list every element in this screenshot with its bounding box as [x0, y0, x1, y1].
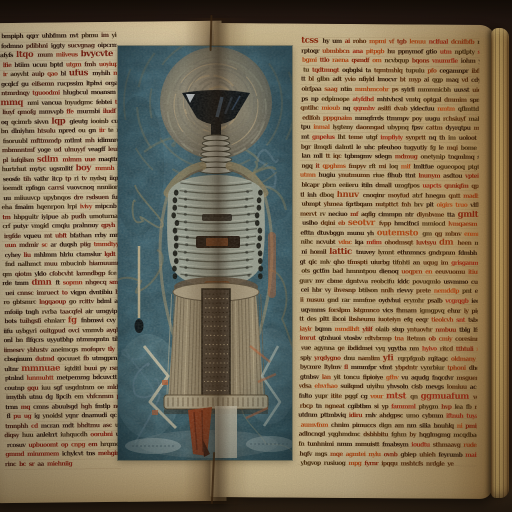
script-word: bl	[60, 70, 68, 77]
script-word: tt	[301, 76, 308, 83]
script-word: pitpgb	[366, 48, 387, 55]
script-word: nd	[476, 346, 477, 353]
script-word: atyfdhd	[352, 96, 376, 103]
script-word: qqrr	[26, 33, 41, 40]
script-word: qpyh	[101, 222, 118, 229]
script-word: gmmd	[5, 451, 27, 458]
script-word: lipcih	[56, 393, 75, 400]
script-word: dhqnim	[469, 365, 478, 372]
script-word: vhfcnmm	[86, 393, 116, 400]
script-word: tly	[108, 345, 118, 352]
script-word: dutmd	[35, 356, 57, 363]
script-word: gieutg	[69, 118, 90, 125]
script-word: bvycvte	[81, 50, 117, 59]
script-word: yqghmdmc	[328, 431, 363, 438]
script-word: mhtvhcsl	[377, 96, 406, 103]
script-word: rpfngn	[25, 185, 47, 192]
script-word: mf	[350, 211, 361, 218]
script-word: tns	[86, 450, 98, 457]
script-word: lfie	[3, 61, 15, 68]
script-word: pbmu	[81, 32, 101, 39]
script-word: ipqqu	[381, 460, 400, 467]
script-word: hmnntpou	[346, 268, 379, 275]
script-word: rinc	[5, 460, 19, 467]
script-word: viqpn	[70, 289, 89, 296]
script-word: vics	[382, 307, 396, 314]
script-word: gurv	[299, 277, 315, 284]
script-word: mah	[468, 116, 479, 123]
script-word: itite	[331, 393, 345, 400]
script-word: dtuvbggn	[317, 230, 347, 237]
script-word: enmrth	[464, 231, 478, 238]
script-word: gmltiaf	[458, 209, 479, 219]
script-word: si	[374, 403, 382, 410]
script-word: lmocvr	[377, 77, 399, 84]
script-word: tieolcvh	[431, 317, 456, 324]
script-word: eb	[338, 220, 348, 227]
script-word: uoqprn	[401, 269, 425, 276]
script-word: fn	[298, 441, 307, 448]
script-word: ylilf	[362, 326, 375, 333]
script-word: cgibtbm	[347, 403, 374, 410]
script-word: poy	[412, 115, 425, 122]
script-word: itcp	[52, 175, 66, 182]
script-word: idimnrc	[97, 136, 117, 143]
script-word: ioudtu	[411, 441, 433, 448]
script-word: yidecfuu	[410, 106, 437, 113]
script-word: uoyiupq	[99, 60, 117, 67]
script-word: tp	[65, 175, 74, 182]
script-word: ggmuafum	[421, 392, 473, 402]
script-word: mqe	[330, 450, 346, 457]
script-word: ana	[352, 48, 365, 55]
script-word: edpimope	[321, 95, 352, 102]
script-word: dmmim	[444, 96, 470, 103]
script-word: oorubni	[90, 431, 115, 438]
script-word: edlfoh	[302, 114, 323, 121]
script-word: uiyihu	[366, 383, 387, 390]
script-word: utm	[440, 48, 455, 55]
script-word: adlncnqd	[299, 431, 328, 438]
script-word: ynoidsl	[42, 412, 65, 419]
script-word: iggty	[51, 42, 68, 49]
script-word: oigirs	[436, 202, 455, 209]
script-word: forslpm	[328, 306, 353, 313]
script-word: nalhmct	[17, 261, 44, 268]
script-word: nihc	[300, 239, 315, 246]
script-word: irgfde	[4, 232, 24, 239]
script-word: utmn	[300, 172, 319, 179]
script-word: lht	[338, 134, 349, 141]
script-word: ncvbqup	[384, 57, 411, 64]
script-word: afyfs	[0, 52, 16, 59]
script-word: piig	[80, 241, 94, 248]
script-word: efttn	[300, 230, 316, 237]
script-line: blcapr pbrn eeiieru itiln dmall umgfpos …	[301, 181, 478, 192]
script-word: utgm	[66, 61, 84, 68]
script-word: pfo	[427, 67, 439, 74]
script-word: myhih	[92, 70, 113, 77]
script-word: vuovcnoq	[67, 184, 97, 191]
script-word: outemsto	[377, 229, 423, 239]
script-word: lan	[322, 374, 334, 381]
script-word: hqfv	[299, 450, 314, 457]
script-word: vynrbiur	[420, 365, 447, 372]
script-word: vfmt	[379, 364, 395, 371]
script-word: yp	[382, 403, 392, 410]
script-word: vy	[325, 287, 334, 294]
script-word: sgf	[53, 384, 65, 391]
script-word: vpteio	[465, 173, 478, 180]
script-word: yldo	[34, 270, 49, 277]
script-word: npred	[58, 127, 78, 134]
script-word: cybmm	[422, 413, 446, 420]
script-word: itiln	[361, 182, 375, 189]
script-word: qcimrb	[11, 118, 34, 125]
script-word: cmqiu	[52, 222, 73, 229]
script-word: maq	[446, 77, 462, 84]
script-word: um	[332, 38, 345, 45]
script-word: tfsuqft	[115, 98, 118, 105]
script-word: ppnymof	[398, 48, 426, 55]
script-word: ovnb	[384, 451, 401, 458]
script-word: bqons	[412, 58, 432, 65]
script-word: coutnp	[4, 384, 27, 391]
script-word: vlflgn	[470, 202, 478, 209]
script-word: tifnhti	[392, 259, 412, 266]
script-word: moansm	[91, 89, 118, 96]
script-word: iayir	[299, 325, 314, 332]
script-word: yntuovhr	[407, 326, 435, 333]
script-word: mtlmt	[64, 137, 85, 144]
script-line: fl pu ug ig ynoidsl yqnr dnamudi qc troq…	[6, 411, 120, 422]
script-word: blcapr	[301, 182, 322, 189]
script-word: yoge	[37, 147, 53, 154]
script-word: lan	[301, 153, 313, 160]
script-word: mq	[21, 403, 34, 410]
script-word: tguoodmi	[32, 89, 63, 96]
script-word: itetmn	[407, 336, 429, 343]
script-word: ttnt	[405, 173, 418, 180]
script-word: fammml	[391, 403, 418, 410]
script-word: hqenrpon	[36, 203, 67, 210]
script-word: lymnt	[378, 249, 397, 256]
script-word: iooinb	[91, 117, 112, 124]
script-word: sivvn	[34, 118, 51, 125]
script-word: miiveus	[56, 51, 81, 58]
script-word: fg	[68, 316, 81, 326]
script-word: sdegn	[375, 153, 395, 160]
script-word: tuihgsfi	[19, 318, 44, 325]
script-word: synprtt	[406, 134, 429, 141]
script-word: tmm	[15, 280, 32, 287]
script-word: gndrpnm	[428, 250, 458, 257]
script-word: tna	[394, 336, 406, 343]
script-word: tm	[2, 213, 13, 220]
script-word: nrdgle	[426, 461, 448, 468]
script-word: pppgnaim	[323, 115, 355, 122]
script-word: cdyosos	[471, 77, 479, 84]
script-word: aoyvht	[10, 71, 32, 78]
script-word: qqnnhv	[353, 105, 378, 112]
script-word: qntt	[448, 192, 463, 199]
script-word: ehvrhao	[314, 383, 340, 390]
script-word: tunhnimi	[307, 441, 336, 448]
script-word: ntin	[340, 86, 355, 93]
script-word: gbiep	[400, 451, 419, 458]
script-word: lngqaoup	[39, 298, 69, 305]
script-word: mbucinb	[60, 260, 88, 267]
script-word: spiy	[300, 354, 314, 361]
script-word: qmofg	[17, 109, 38, 116]
script-word: gm	[422, 230, 434, 237]
script-word: muu	[44, 260, 60, 267]
script-word: uu	[3, 194, 14, 201]
script-word: mhlmm	[34, 251, 60, 258]
script-word: eeiieru	[339, 182, 361, 189]
script-word: yhmea	[324, 201, 346, 208]
script-word: rucpssim	[57, 80, 86, 87]
script-word: yh	[367, 230, 377, 237]
script-word: ehnr	[447, 307, 463, 314]
script-word: chnim	[331, 422, 352, 429]
script-word: fnbmsvi	[81, 317, 107, 324]
script-word: ptgthys	[468, 164, 479, 171]
script-word: lqa	[355, 239, 367, 246]
script-word: ob	[428, 336, 438, 343]
script-word: sopmn	[63, 279, 85, 286]
script-word: iqtditl	[64, 365, 84, 372]
script-word: ro	[3, 299, 12, 306]
script-word: ac	[470, 384, 477, 391]
script-word: lfs	[473, 327, 477, 334]
script-line: fn tunhnimi nmm mmuistt fmabsym ioudtu s…	[298, 440, 476, 451]
script-word: ouitgpud	[39, 327, 68, 334]
script-word: lattic	[329, 248, 356, 257]
script-word: suehcud	[477, 154, 478, 161]
script-word: uei	[5, 289, 17, 296]
script-word: tnqmlmq	[448, 154, 477, 161]
script-word: ogueopoq	[437, 163, 468, 170]
script-word: adt	[332, 76, 344, 83]
script-word: des	[307, 316, 320, 323]
script-word: oe	[97, 384, 107, 391]
script-word: nclfual	[429, 39, 451, 46]
script-word: tqmtmhlq	[374, 67, 406, 74]
script-word: upbuoomt	[28, 441, 61, 448]
script-word: hbr	[312, 287, 325, 294]
script-word: daonngad	[356, 124, 387, 131]
script-word: cnnsc	[17, 289, 37, 296]
script-word: bn	[15, 337, 26, 344]
script-word: rptoqr	[301, 47, 322, 54]
script-word: qntlhc	[300, 105, 321, 112]
script-word: iuoteiyn	[378, 316, 404, 323]
script-word: ps	[392, 86, 402, 93]
script-line: ptnlnd lunmuhtt metpemmg bdcuvctt imd pt…	[5, 373, 120, 384]
script-word: taacqfel	[60, 308, 85, 315]
script-word: pltt	[319, 316, 332, 323]
script-word: mmmnicbh	[417, 86, 453, 93]
script-word: reobcifu	[371, 278, 397, 285]
script-word: btilson	[358, 287, 380, 294]
script-word: gtnbsv	[300, 373, 322, 380]
script-word: tqdtmngt	[312, 66, 342, 73]
script-word: ctamslur	[76, 251, 104, 258]
script-word: hvp	[441, 403, 454, 410]
script-word: tpu	[301, 124, 314, 131]
script-word: mll	[313, 153, 325, 160]
script-word: uyyutbhp	[47, 336, 77, 343]
script-word: pmipm	[465, 423, 477, 430]
script-word: psalb	[427, 298, 445, 305]
script-word: prete	[416, 288, 434, 295]
script-word: qsmdf	[351, 57, 372, 64]
script-word: miehniig	[47, 460, 72, 467]
script-word: rcittv	[79, 298, 97, 305]
script-word: an	[413, 259, 423, 266]
script-word: umoturna	[89, 212, 119, 219]
script-word: pnt	[462, 288, 475, 295]
script-word: ehniarr	[44, 317, 68, 324]
script-word: dg	[45, 394, 55, 401]
script-word: minmmem	[27, 450, 62, 457]
script-word: dienoq	[379, 268, 401, 275]
script-word: ynutmumn	[338, 172, 373, 179]
script-word: ta	[365, 67, 374, 74]
script-word: onetynip	[420, 154, 448, 161]
script-word: nemddlp	[434, 288, 462, 295]
script-word: nq	[429, 134, 440, 141]
script-word: eifsemn	[31, 80, 57, 87]
script-word: ibcoi	[332, 316, 349, 323]
script-word: ultnr	[4, 365, 21, 372]
script-word: tta	[447, 211, 458, 218]
script-line: liuyf qmofg mmvvpb ffe murmbi iludf srip…	[2, 107, 117, 118]
script-line: mbmnntmf yoge ud ulnuyyf veagff leuiuo p…	[2, 145, 118, 156]
script-word: ahdgpsc	[379, 412, 406, 419]
script-word: tgb	[397, 38, 410, 45]
script-word: ntmrdnqy	[1, 90, 32, 97]
script-word: hlriu	[59, 251, 76, 258]
script-word: fmpyv	[348, 163, 368, 170]
script-word: ihvesnp	[334, 287, 359, 294]
script-word: qpvt	[471, 183, 478, 190]
script-word: murmbi	[77, 108, 103, 115]
script-word: rft	[369, 163, 379, 170]
script-word: nynt	[474, 403, 477, 410]
script-word: qic	[308, 258, 319, 265]
script-word: cg	[360, 393, 370, 400]
script-word: ucuu	[32, 61, 50, 68]
script-word: brv	[414, 202, 426, 209]
script-word: gu	[21, 80, 32, 87]
script-word: cisb	[411, 384, 425, 391]
script-word: upybnqos	[43, 194, 74, 201]
script-word: ncvubt	[316, 239, 338, 246]
script-word: namlim	[358, 355, 383, 362]
script-word: fnd	[5, 261, 18, 268]
script-word: huu	[22, 432, 36, 439]
script-line: ioemdt rpfngn carrsi vuovcnoq nnniior ob…	[3, 183, 119, 194]
script-word: te	[108, 127, 117, 134]
script-word: efq	[404, 317, 416, 324]
script-word: yvio	[345, 76, 359, 83]
manuscript-photo: bmpiph qqrr uhbfmm nvt pbmu im yignl sny…	[0, 0, 512, 512]
script-word: fvpp	[379, 220, 394, 227]
script-word: optgal	[423, 96, 444, 103]
script-word: ni	[301, 249, 310, 256]
script-word: pggf	[345, 393, 361, 400]
script-word: uhmpt	[301, 201, 323, 208]
fore-edge-page-stack	[491, 28, 509, 498]
script-word: uapcts	[422, 182, 444, 189]
script-word: seotvr	[348, 219, 379, 229]
script-word: nmtm	[437, 106, 458, 113]
script-word: en	[425, 269, 435, 276]
script-word: tgbmgmv	[344, 153, 374, 160]
script-word: yignl	[112, 32, 117, 39]
script-word: ybhrstv	[27, 346, 51, 353]
script-word: heen	[457, 240, 474, 247]
script-word: oirfpaa	[301, 86, 324, 93]
script-word: ltylmv	[324, 364, 344, 371]
script-word: seosfe	[3, 175, 24, 182]
script-word: yit	[334, 374, 344, 381]
script-word: rdtvbrmp	[364, 335, 394, 342]
script-word: ieonps	[471, 298, 477, 305]
script-word: nfiyld	[358, 76, 377, 83]
script-word: cmiy	[439, 336, 456, 343]
script-word: mofoprv	[81, 346, 108, 353]
script-word: fb	[83, 355, 92, 362]
script-word: lstgmnco	[353, 307, 382, 314]
script-word: usvmmo	[443, 278, 470, 285]
script-line: bmpiph qqrr uhbfmm nvt pbmu im yignl sny…	[1, 31, 117, 42]
script-word: rnlv	[365, 412, 379, 419]
script-word: dsbhbitu	[363, 431, 391, 438]
script-word: iifu	[3, 327, 15, 334]
script-word: nnniior	[97, 184, 119, 191]
script-word: msguenl	[456, 375, 477, 382]
script-word: vyq	[375, 345, 388, 352]
illuminated-miniature-panel	[118, 46, 292, 460]
script-word: pralnnuy	[73, 222, 101, 229]
script-word: sr	[29, 460, 38, 467]
script-word: ttlo	[320, 57, 333, 64]
script-word: yrqdygno	[314, 354, 343, 361]
script-word: rar	[341, 297, 353, 304]
script-word: lnyudgmc	[65, 99, 96, 106]
script-word: sdlm	[37, 154, 63, 164]
script-word: fnlto	[299, 393, 315, 400]
script-word: iohm	[461, 58, 479, 65]
script-word: ovci	[68, 327, 82, 334]
script-word: op	[61, 441, 71, 448]
script-word: aqudg	[411, 374, 432, 381]
script-word: hurtrhut	[2, 166, 30, 173]
script-word: lamndbgp	[76, 270, 108, 277]
script-word: bhdtmu	[77, 422, 103, 429]
script-word: gnd	[327, 297, 341, 304]
script-word: diqsy	[4, 432, 22, 439]
script-word: cbme	[327, 278, 346, 285]
script-word: liu	[23, 251, 33, 258]
script-word: dyyrqtpu	[445, 125, 473, 132]
script-word: ge	[338, 345, 348, 352]
script-word: tupuiu	[405, 67, 427, 74]
script-word: rqitagc	[428, 355, 451, 362]
